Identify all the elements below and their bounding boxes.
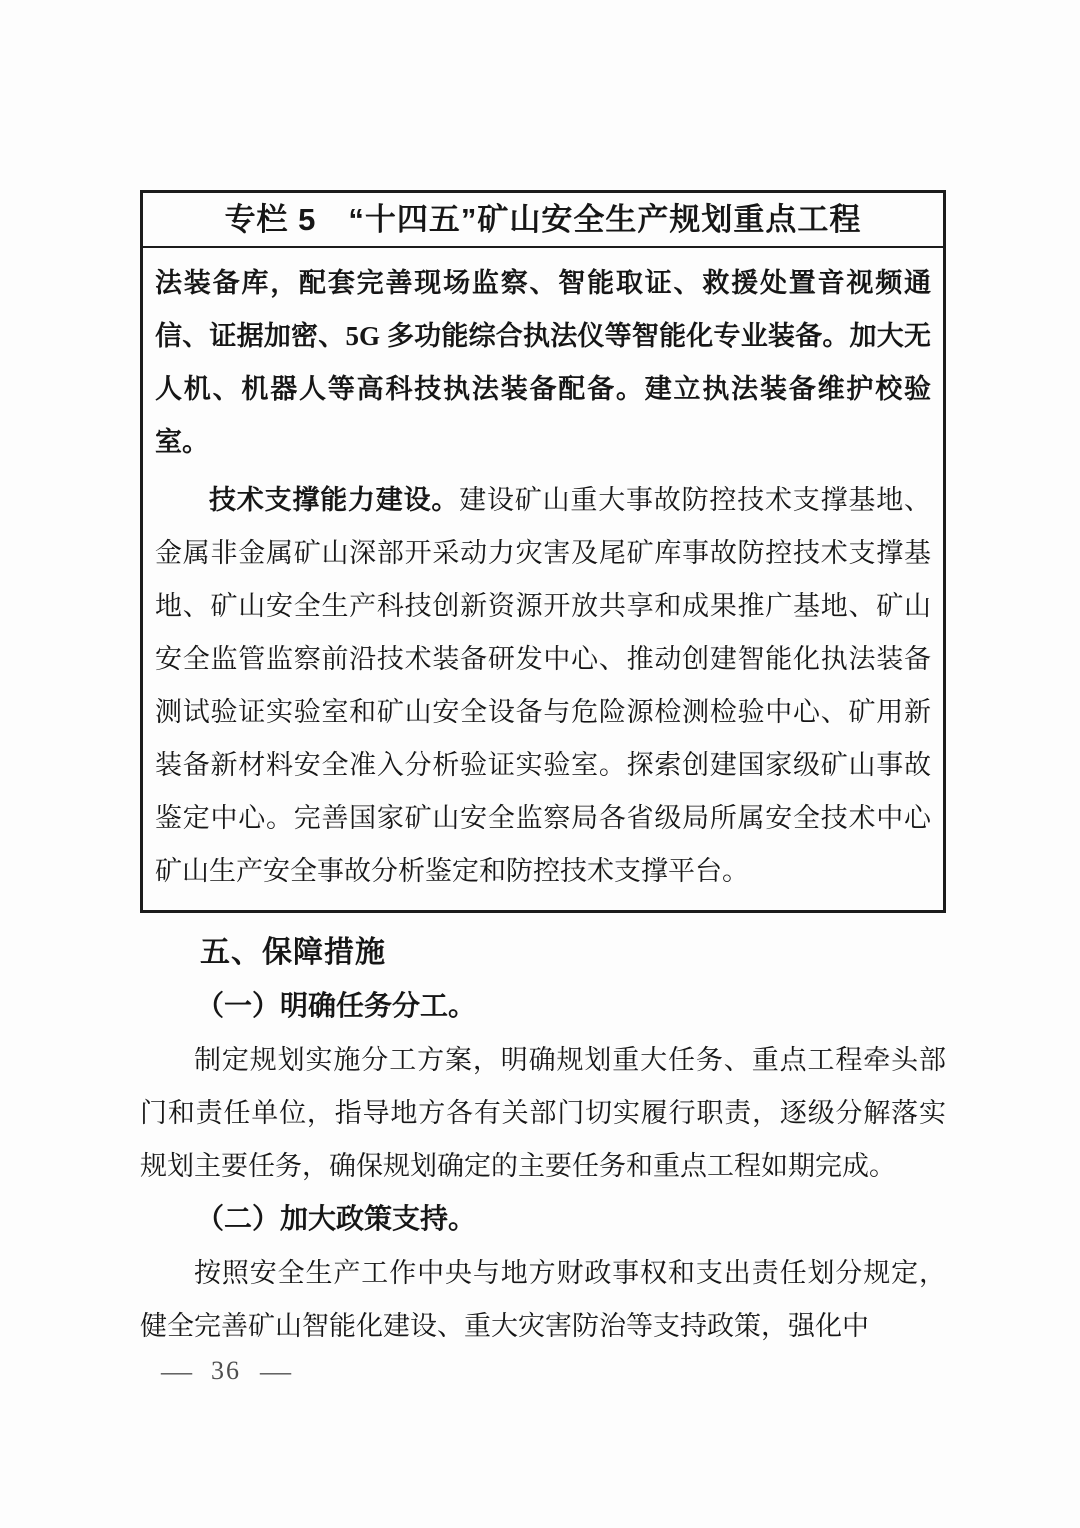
feature-box-title: 专栏 5 “十四五”矿山安全生产规划重点工程 — [143, 193, 943, 248]
page-content: 专栏 5 “十四五”矿山安全生产规划重点工程 法装备库，配套完善现场监察、智能取… — [140, 190, 946, 1353]
subsection-2-heading: （二）加大政策支持。 — [140, 1193, 946, 1247]
page-footer: — 36 — — [163, 1356, 289, 1386]
subsection-1-paragraph: 制定规划实施分工方案，明确规划重大任务、重点工程牵头部门和责任单位，指导地方各有… — [140, 1034, 946, 1193]
box-paragraph-body-text: 建设矿山重大事故防控技术支撑基地、金属非金属矿山深部开采动力灾害及尾矿库事故防控… — [155, 485, 931, 886]
box-paragraph-continuation: 法装备库，配套完善现场监察、智能取证、救援处置音视频通信、证据加密、5G 多功能… — [155, 257, 931, 469]
box-paragraph-lead: 技术支撑能力建设。 — [209, 485, 459, 515]
feature-box: 专栏 5 “十四五”矿山安全生产规划重点工程 法装备库，配套完善现场监察、智能取… — [140, 190, 946, 913]
section-heading-safeguard-measures: 五、保障措施 — [140, 926, 946, 980]
footer-dash-left: — — [161, 1356, 192, 1386]
footer-dash-right: — — [260, 1356, 291, 1386]
feature-box-body: 法装备库，配套完善现场监察、智能取证、救援处置音视频通信、证据加密、5G 多功能… — [143, 248, 943, 910]
box-paragraph-tech-support: 技术支撑能力建设。建设矿山重大事故防控技术支撑基地、金属非金属矿山深部开采动力灾… — [155, 474, 931, 898]
subsection-2-paragraph: 按照安全生产工作中央与地方财政事权和支出责任划分规定，健全完善矿山智能化建设、重… — [140, 1247, 946, 1353]
page-number: 36 — [211, 1356, 241, 1386]
document-page: 专栏 5 “十四五”矿山安全生产规划重点工程 法装备库，配套完善现场监察、智能取… — [0, 0, 1080, 1528]
box-paragraph-continuation-text: 法装备库，配套完善现场监察、智能取证、救援处置音视频通信、证据加密、5G 多功能… — [155, 268, 931, 457]
subsection-1-heading: （一）明确任务分工。 — [140, 980, 946, 1034]
